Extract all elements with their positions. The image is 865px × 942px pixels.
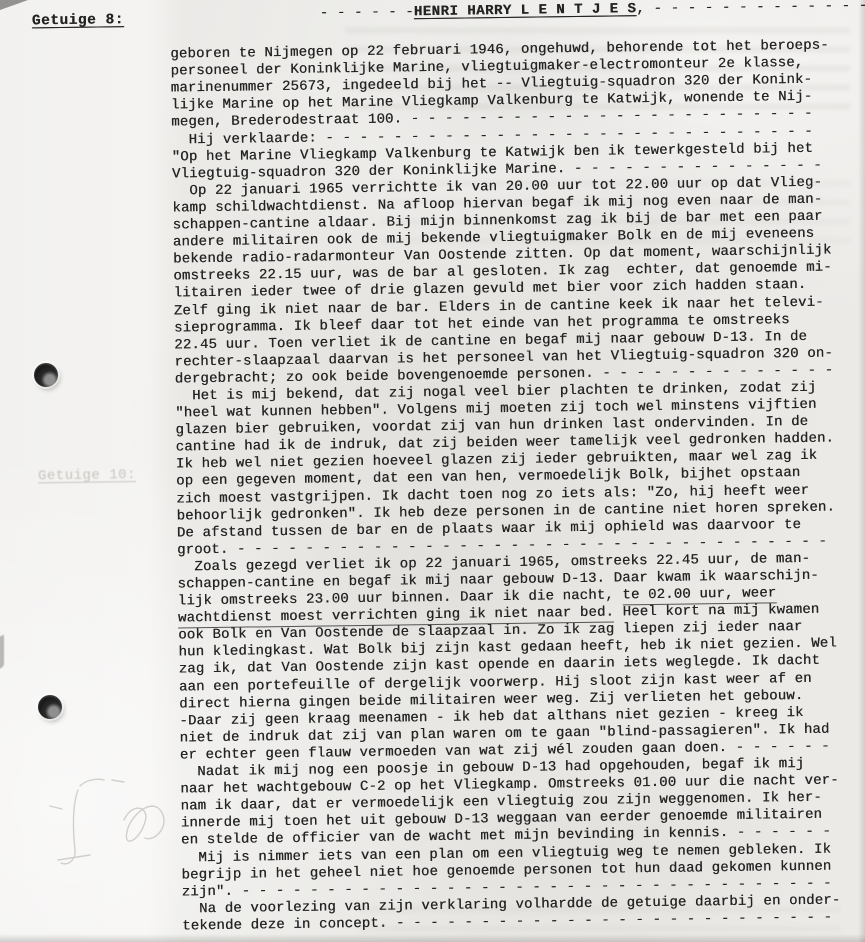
pencil-annotation — [28, 768, 188, 893]
typed-lines: geboren te Nijmegen op 22 februari 1946,… — [170, 37, 864, 935]
punch-hole-top — [34, 363, 58, 387]
witness-name-header: - - - - - -HENRI HARRY L E N T J E S, - … — [170, 0, 852, 25]
typed-text: Heel kort na mij kwamen — [614, 602, 819, 621]
ghost-witness-number-label: Getuige 10: — [38, 467, 136, 484]
witness-number-label: Getuige 8: — [32, 12, 124, 29]
scanned-document-page: Getuige 8: Getuige 10: - - - - - -HENRI … — [0, 0, 865, 942]
header-dashes-right: , - - - - - - - - - - - - - — [636, 0, 865, 17]
statement-text-block: - - - - - -HENRI HARRY L E N T J E S, - … — [170, 0, 865, 935]
witness-name: HENRI HARRY L E N T J E S — [414, 1, 637, 20]
punch-hole-bottom — [38, 695, 62, 719]
header-dashes-left: - - - - - - — [320, 4, 414, 21]
